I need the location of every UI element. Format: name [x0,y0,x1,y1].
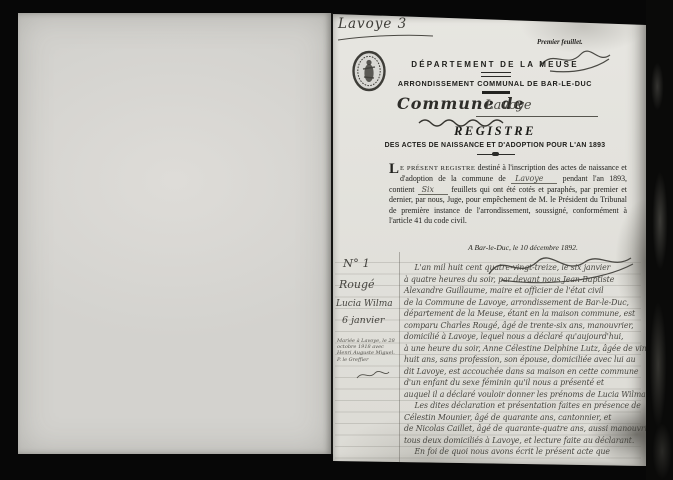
register-preamble: LE PRÉSENT REGISTRE destiné à l'inscript… [389,163,627,226]
act-number: N° 1 [343,256,370,270]
act-text-line: de Nicolas Caillet, âgé de quarante-quat… [404,423,634,435]
divider-rule [481,72,511,77]
act-text-line: Célestin Mounier, âgé de quarante ans, c… [404,412,634,424]
act-surname: Rougé [339,278,375,291]
act-text-line: dit Lavoye, est accouchée dans sa maison… [404,366,634,378]
act-text-line: comparu Charles Rougé, âgé de trente-six… [404,320,634,332]
act-text-line: auquel il a déclaré vouloir donner les p… [404,389,634,401]
margin-note-signature [355,368,391,382]
flourish-stroke [417,118,505,128]
margin-divider-line [399,252,400,465]
corner-underline-stroke [336,32,436,42]
act-given-names: Lucia Wilma [336,299,393,309]
arrondissement-title: ARRONDISSEMENT COMMUNAL DE BAR-LE-DUC [349,79,641,88]
marriage-margin-note: Mariée à Lavoye, le 28 octobre 1918 avec… [337,338,397,363]
commune-insert: Lavoye [511,174,557,184]
register-subtitle: DES ACTES DE NAISSANCE ET D'ADOPTION POU… [349,142,641,149]
scanned-register-spread: Lavoye 3 Premier feuillet. DÉPARTEMENT D… [0,0,673,480]
act-text-line: à une heure du soir, Anne Célestine Delp… [404,343,634,355]
feuillets-count-insert: Six [418,185,448,195]
page-number-note: Lavoye 3 [338,16,407,32]
divider-ornament [477,153,515,157]
act-text-line: domicilié à Lavoye, lequel nous a déclar… [404,331,634,343]
act-text-line: L'an mil huit cent quatre-vingt-treize, … [404,262,634,274]
act-text-line: à quatre heures du soir, par devant nous… [404,274,634,286]
commune-handwritten-value: Lavoye [485,98,532,113]
act-date: 6 janvier [342,315,384,326]
clerk-signature-top [536,44,614,74]
birth-act-text: L'an mil huit cent quatre-vingt-treize, … [404,262,646,458]
dropcap: L [389,163,399,176]
preamble-smallcaps: E PRÉSENT REGISTRE [400,165,475,172]
act-text-line: de la Commune de Lavoye, arrondissement … [404,297,634,309]
act-text-line: huit ans, sans profession, son épouse, d… [404,354,634,366]
act-text-line: tous deux domiciliés à Lavoye, et lectur… [404,435,634,447]
department-title: DÉPARTEMENT DE LA MEUSE [349,60,641,69]
register-page: Lavoye 3 Premier feuillet. DÉPARTEMENT D… [333,12,646,466]
act-text-line: En foi de quoi nous avons écrit le prése… [404,446,634,458]
act-text-line: Alexandre Guillaume, maire et officier d… [404,285,634,297]
act-text-line: d'un enfant du sexe féminin qu'il nous a… [404,377,634,389]
left-blank-page [18,13,333,454]
scan-edge-shadow [646,0,673,480]
commune-underline [476,116,598,117]
act-text-line: Les dites déclaration et présentation fa… [404,400,634,412]
act-text-line: département de la Meuse, étant en la mai… [404,308,634,320]
